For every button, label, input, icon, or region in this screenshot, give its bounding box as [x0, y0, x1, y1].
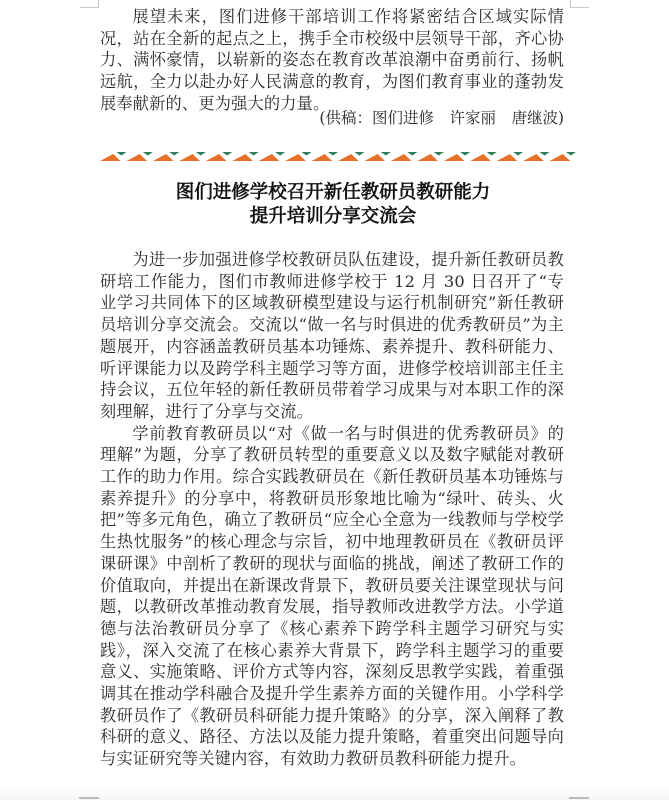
decorative-triangle-divider [100, 152, 576, 161]
article-title: 图们进修学校召开新任教研员教研能力 提升培训分享交流会 [100, 181, 566, 229]
article-paragraph-2: 学前教育教研员以“对《做一名与时俱进的优秀教研员》的理解”为题，分享了教研员转型… [100, 423, 564, 770]
previous-article-closing: 展望未来，图们进修干部培训工作将紧密结合区域实际情况，站在全新的起点之上，携手全… [100, 6, 564, 115]
article-title-line-1: 图们进修学校召开新任教研员教研能力 [100, 181, 566, 205]
closing-paragraph: 展望未来，图们进修干部培训工作将紧密结合区域实际情况，站在全新的起点之上，携手全… [100, 6, 564, 115]
article-body: 为进一步加强进修学校教研员队伍建设，提升新任教研员教研培工作能力，图们市教师进修… [100, 249, 564, 770]
article-paragraph-1: 为进一步加强进修学校教研员队伍建设，提升新任教研员教研培工作能力，图们市教师进修… [100, 249, 564, 423]
crop-mark-top-left [80, 0, 99, 8]
article-title-line-2: 提升培训分享交流会 [100, 205, 566, 229]
article-credit: (供稿：图们进修 许家丽 唐继波) [319, 108, 564, 128]
crop-mark-top-right [570, 0, 589, 8]
